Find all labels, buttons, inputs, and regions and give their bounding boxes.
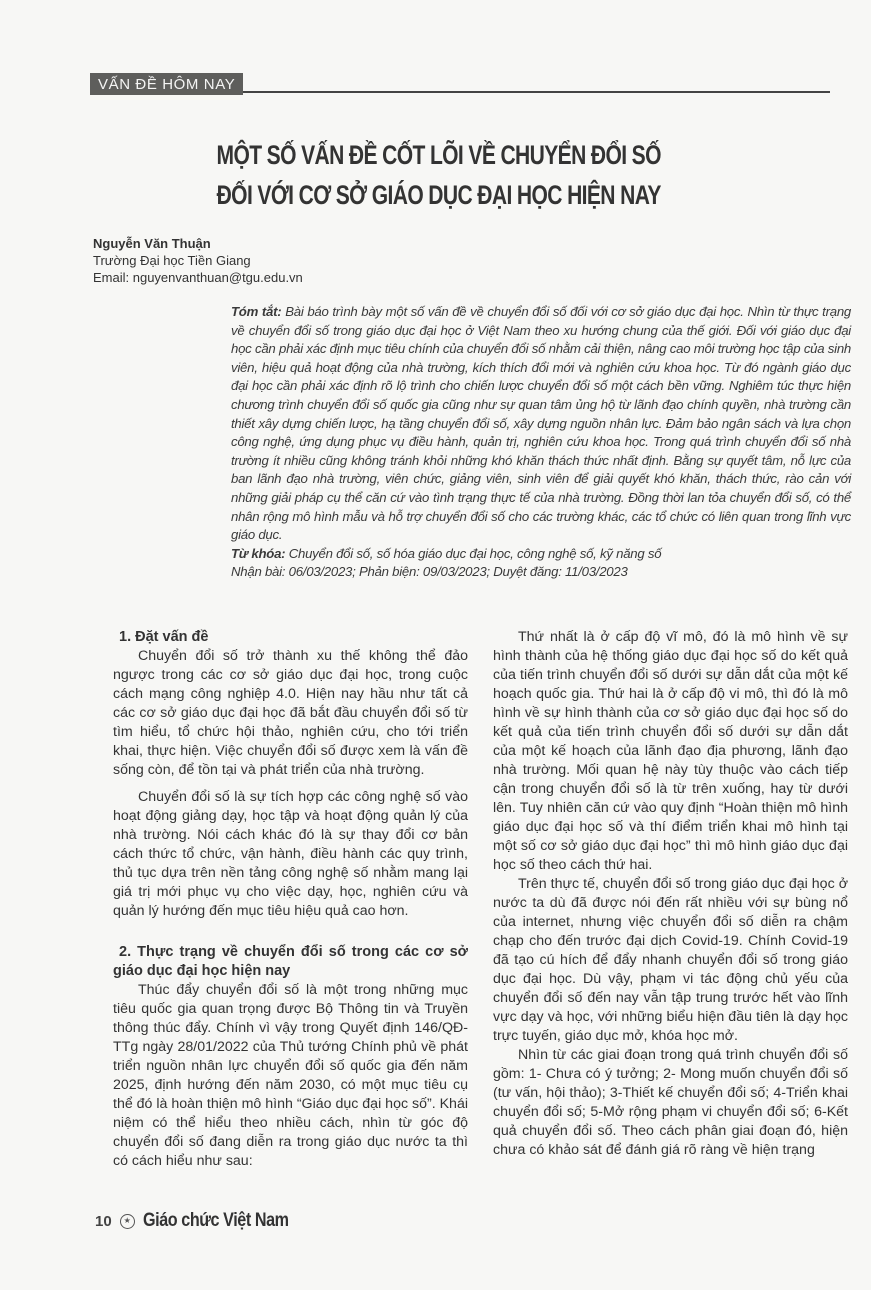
paragraph: Thúc đẩy chuyển đổi số là một trong nhữn… — [113, 981, 468, 1171]
header-rule-divider — [243, 91, 830, 93]
paragraph: Nhìn từ các giai đoạn trong quá trình ch… — [493, 1046, 848, 1160]
author-name: Nguyễn Văn Thuận — [93, 235, 303, 252]
author-email: Email: nguyenvanthuan@tgu.edu.vn — [93, 269, 303, 286]
abstract: Tóm tắt: Bài báo trình bày một số vấn đề… — [231, 303, 851, 582]
paragraph: Chuyển đổi số là sự tích hợp các công ng… — [113, 788, 468, 921]
section-header: VẤN ĐỀ HÔM NAY — [90, 73, 830, 95]
heading-dat-van-de: 1. Đặt vấn đề — [113, 628, 468, 647]
keywords-label: Từ khóa: — [231, 546, 285, 561]
abstract-paragraph: Tóm tắt: Bài báo trình bày một số vấn đề… — [231, 303, 851, 545]
author-affiliation: Trường Đại học Tiền Giang — [93, 252, 303, 269]
paragraph: Trên thực tế, chuyển đổi số trong giáo d… — [493, 875, 848, 1046]
star-circle-icon: ★ — [120, 1214, 135, 1229]
abstract-label: Tóm tắt: — [231, 304, 281, 319]
left-column: 1. Đặt vấn đề Chuyển đổi số trở thành xu… — [113, 628, 468, 1171]
keywords-line: Từ khóa: Chuyển đổi số, số hóa giáo dục … — [231, 545, 851, 564]
author-block: Nguyễn Văn Thuận Trường Đại học Tiền Gia… — [93, 235, 303, 286]
title-line-2: ĐỐI VỚI CƠ SỞ GIÁO DỤC ĐẠI HỌC HIỆN NAY — [99, 175, 778, 215]
paragraph: Thứ nhất là ở cấp độ vĩ mô, đó là mô hìn… — [493, 628, 848, 875]
abstract-text: Bài báo trình bày một số vấn đề về chuyể… — [231, 304, 851, 542]
review-dates: Nhận bài: 06/03/2023; Phản biện: 09/03/2… — [231, 563, 851, 582]
journal-name: Giáo chức Việt Nam — [143, 1210, 289, 1232]
page-number: 10 — [95, 1213, 112, 1230]
keywords-text: Chuyển đổi số, số hóa giáo dục đại học, … — [285, 546, 661, 561]
page-footer: 10 ★ Giáo chức Việt Nam — [95, 1210, 314, 1232]
paragraph: Chuyển đổi số trở thành xu thế không thể… — [113, 647, 468, 780]
article-title: MỘT SỐ VẤN ĐỀ CỐT LÕI VỀ CHUYỂN ĐỔI SỐ Đ… — [99, 135, 778, 215]
heading-thuc-trang: 2. Thực trạng về chuyển đổi số trong các… — [113, 943, 468, 981]
section-label: VẤN ĐỀ HÔM NAY — [90, 73, 243, 95]
right-column: Thứ nhất là ở cấp độ vĩ mô, đó là mô hìn… — [493, 628, 848, 1160]
title-line-1: MỘT SỐ VẤN ĐỀ CỐT LÕI VỀ CHUYỂN ĐỔI SỐ — [99, 135, 778, 175]
